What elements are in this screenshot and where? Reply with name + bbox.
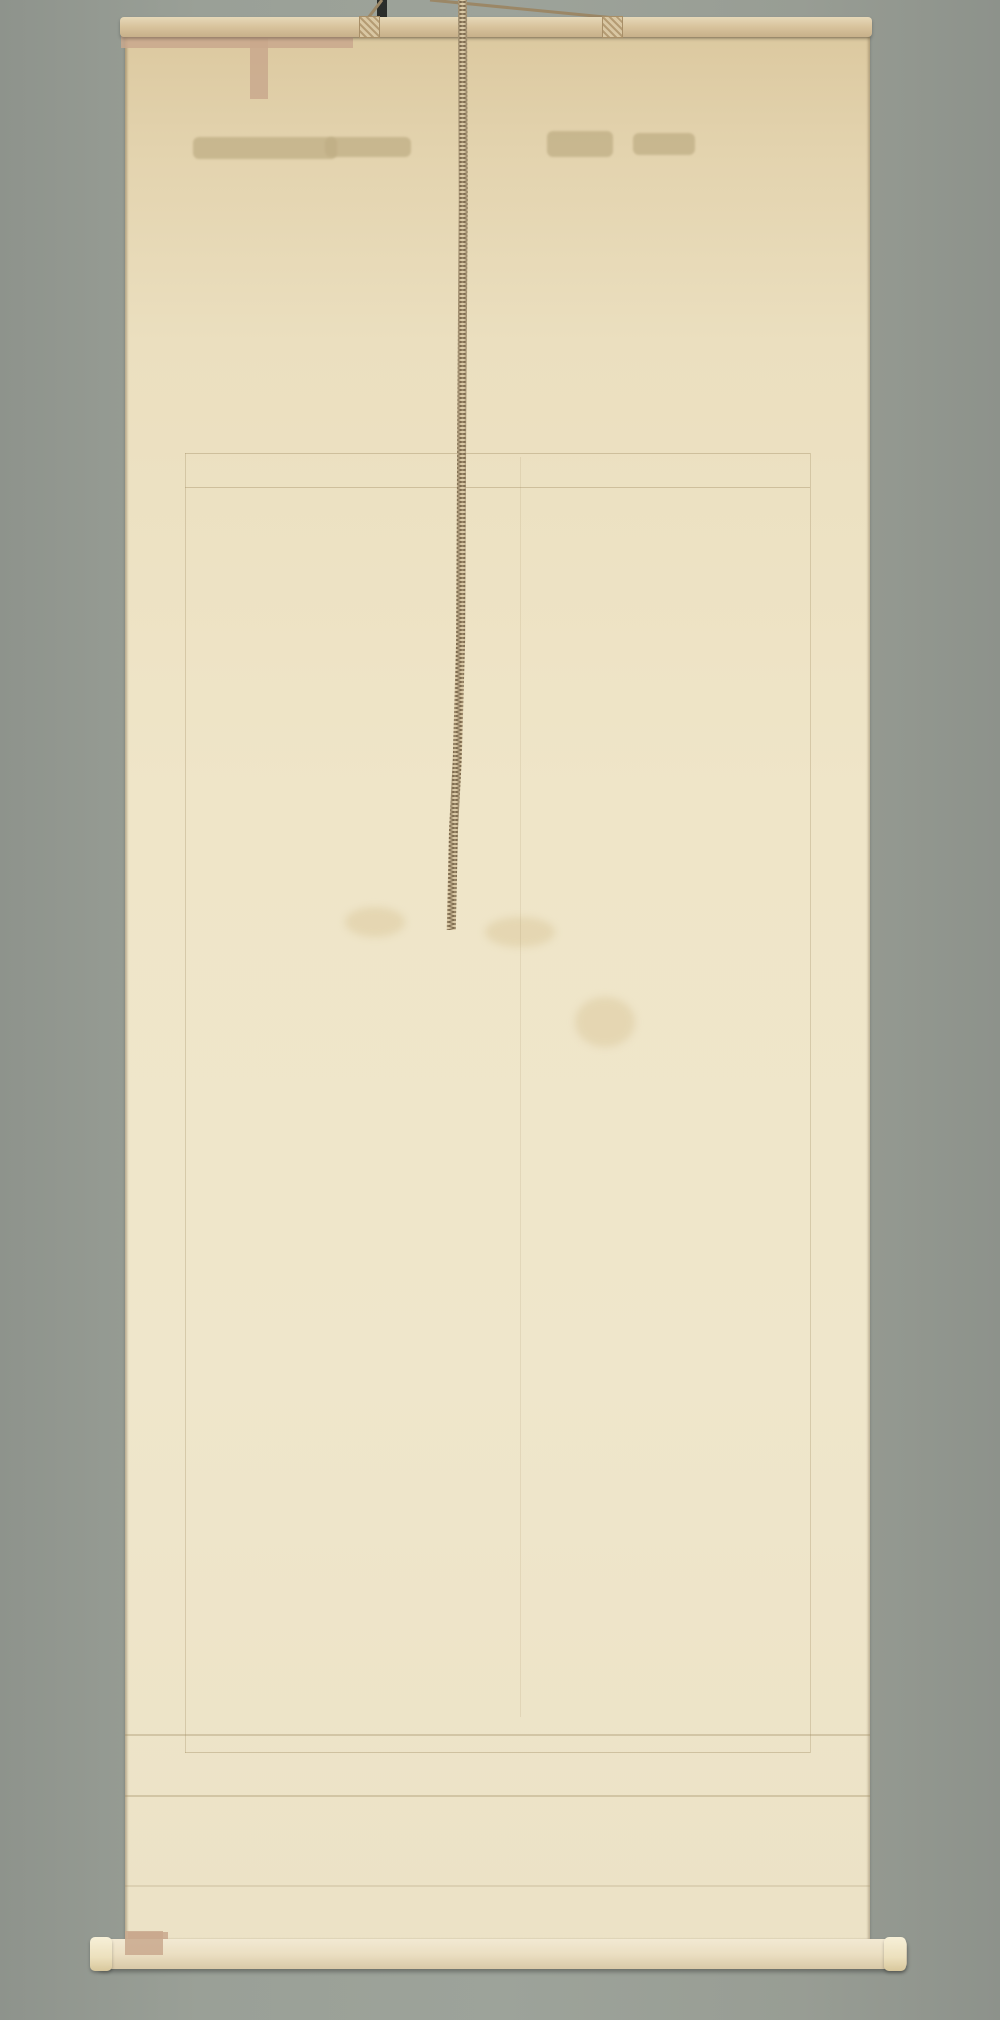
panel-line [185, 1752, 810, 1753]
bottom-roller [97, 1939, 907, 1969]
crease [125, 1734, 870, 1736]
rod-ring-left [359, 16, 380, 38]
paper-loss-stain [547, 131, 613, 157]
panel-line [810, 453, 811, 1753]
top-rod [120, 17, 872, 37]
roller-end-cap-left [90, 1937, 112, 1971]
paper-loss-stain [325, 137, 411, 157]
water-stain [575, 997, 635, 1047]
rod-ring-right [602, 16, 623, 38]
hanging-cord [440, 0, 470, 935]
water-stain [345, 907, 405, 937]
panel-line [185, 487, 810, 488]
tape-repair-roller [125, 1931, 163, 1955]
tape-repair-vertical [250, 37, 268, 99]
scroll-paper-backing [125, 37, 870, 1940]
crease [125, 1885, 870, 1887]
panel-line [185, 453, 186, 1753]
roller-end-cap-right [884, 1937, 906, 1971]
paper-loss-stain [633, 133, 695, 155]
panel-line [185, 453, 810, 454]
crease [125, 1795, 870, 1797]
paper-loss-stain [193, 137, 337, 159]
panel-line [520, 457, 521, 1717]
